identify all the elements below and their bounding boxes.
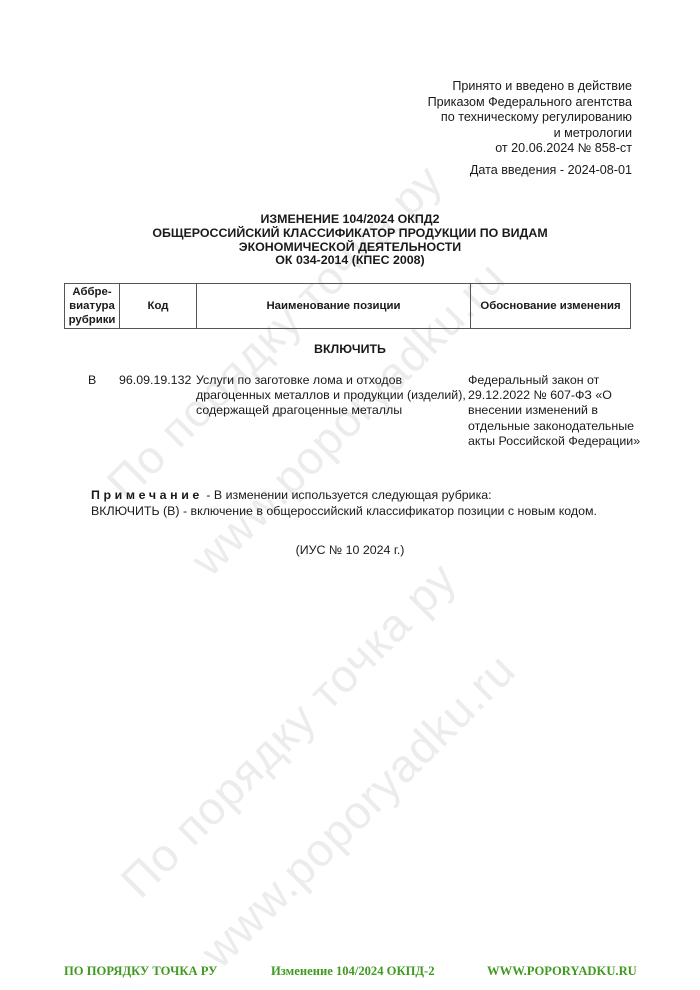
row-name-line: Услуги по заготовке лома и отходов: [196, 373, 466, 388]
header-name: Наименование позиции: [197, 284, 471, 329]
intro-date: Дата введения - 2024-08-01: [470, 163, 632, 177]
row-basis: Федеральный закон от 29.12.2022 № 607-ФЗ…: [468, 373, 648, 449]
header-basis: Обоснование изменения: [471, 284, 631, 329]
title-line: ЭКОНОМИЧЕСКОЙ ДЕЯТЕЛЬНОСТИ: [0, 241, 700, 255]
row-abbr: В: [88, 373, 96, 388]
watermark-text-ru: По порядку точка ру: [96, 153, 453, 510]
approval-line: по техническому регулированию: [428, 110, 632, 126]
note-label: Примечание: [91, 488, 203, 502]
table-header: Аббре- виатура рубрики Код Наименование …: [64, 283, 631, 329]
row-basis-line: отдельные законодательные: [468, 419, 648, 434]
note-line-2: ВКЛЮЧИТЬ (В) - включение в общероссийски…: [91, 504, 597, 520]
watermark-text-url: www.poporyadku.ru: [190, 642, 526, 978]
watermark-text-ru: По порядку точка ру: [110, 551, 467, 908]
ius-reference: (ИУС № 10 2024 г.): [0, 543, 700, 557]
row-name-line: содержащей драгоценные металлы: [196, 403, 466, 418]
section-heading: ВКЛЮЧИТЬ: [0, 342, 700, 356]
title-line: ОК 034-2014 (КПЕС 2008): [0, 254, 700, 268]
row-basis-line: акты Российской Федерации»: [468, 434, 648, 449]
approval-line: Приказом Федерального агентства: [428, 95, 632, 111]
approval-line: Принято и введено в действие: [428, 79, 632, 95]
row-code: 96.09.19.132: [119, 373, 191, 388]
row-basis-line: Федеральный закон от: [468, 373, 648, 388]
title-line: ОБЩЕРОССИЙСКИЙ КЛАССИФИКАТОР ПРОДУКЦИИ П…: [0, 227, 700, 241]
title-line: ИЗМЕНЕНИЕ 104/2024 ОКПД2: [0, 213, 700, 227]
approval-block: Принято и введено в действие Приказом Фе…: [428, 79, 632, 157]
row-basis-line: внесении изменений в: [468, 403, 648, 418]
note-line-1: Примечание - В изменении используется сл…: [91, 488, 597, 504]
header-abbr-line: Аббре-: [67, 285, 117, 299]
note-block: Примечание - В изменении используется сл…: [91, 488, 597, 519]
header-abbr-line: виатура: [67, 299, 117, 313]
document-title: ИЗМЕНЕНИЕ 104/2024 ОКПД2 ОБЩЕРОССИЙСКИЙ …: [0, 213, 700, 268]
note-text: - В изменении используется следующая руб…: [203, 488, 492, 502]
approval-line: от 20.06.2024 № 858-ст: [428, 141, 632, 157]
footer-url[interactable]: WWW.POPORYADKU.RU: [487, 964, 637, 979]
header-code: Код: [120, 284, 197, 329]
row-name-line: драгоценных металлов и продукции (издели…: [196, 388, 466, 403]
row-name: Услуги по заготовке лома и отходов драго…: [196, 373, 466, 419]
footer-document-name: Изменение 104/2024 ОКПД-2: [271, 964, 435, 979]
header-abbr-line: рубрики: [67, 313, 117, 327]
row-basis-line: 29.12.2022 № 607-ФЗ «О: [468, 388, 648, 403]
approval-line: и метрологии: [428, 126, 632, 142]
footer-site-name: ПО ПОРЯДКУ ТОЧКА РУ: [64, 964, 217, 979]
header-abbr: Аббре- виатура рубрики: [65, 284, 120, 329]
